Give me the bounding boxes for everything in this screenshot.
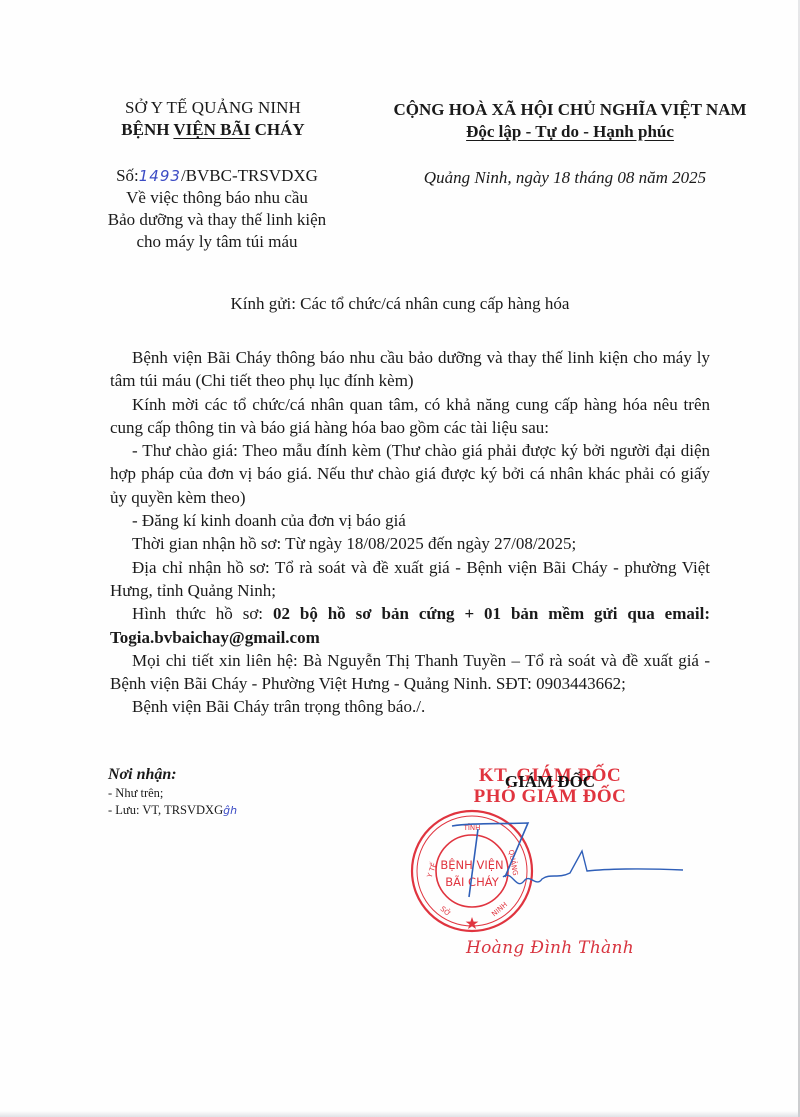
- subject-line: Bảo dưỡng và thay thế linh kiện: [98, 209, 336, 231]
- document-page: SỞ Y TẾ QUẢNG NINH BỆNH VIỆN BÃI CHÁY Số…: [0, 0, 800, 1117]
- body-paragraph: Bệnh viện Bãi Cháy trân trọng thông báo.…: [110, 695, 710, 718]
- body-paragraph: - Thư chào giá: Theo mẫu đính kèm (Thư c…: [110, 439, 710, 509]
- body-paragraph: Mọi chi tiết xin liên hệ: Bà Nguyễn Thị …: [110, 649, 710, 696]
- body-paragraph: Kính mời các tổ chức/cá nhân quan tâm, c…: [110, 393, 710, 440]
- reference-number: Số:1493/BVBC-TRSVDXG: [98, 165, 336, 187]
- signature-block: TỈNH Y TẾ QUẢNG SỞ NINH BỆNH VIỆN BÃI CH…: [400, 755, 700, 985]
- recipients-list: Nơi nhận: - Như trên; - Lưu: VT, TRSVDXG…: [108, 765, 368, 819]
- body-paragraph: Bệnh viện Bãi Cháy thông báo nhu cầu bảo…: [110, 346, 710, 393]
- handwritten-initials: ĝh: [223, 804, 237, 817]
- body-paragraph: Thời gian nhận hồ sơ: Từ ngày 18/08/2025…: [110, 532, 710, 555]
- national-title: CỘNG HOÀ XÃ HỘI CHỦ NGHĨA VIỆT NAM: [360, 99, 780, 121]
- signer-name: Hoàng Đình Thành: [400, 938, 700, 958]
- recipients-title: Nơi nhận:: [108, 765, 368, 785]
- body-paragraph: Hình thức hồ sơ: 02 bộ hồ sơ bản cứng + …: [110, 602, 710, 649]
- recipient-line: Kính gửi: Các tổ chức/cá nhân cung cấp h…: [0, 294, 800, 314]
- subject-line: Về việc thông báo nhu cầu: [98, 187, 336, 209]
- recipient-item: - Như trên;: [108, 785, 368, 802]
- national-motto: Độc lập - Tự do - Hạnh phúc: [360, 121, 780, 143]
- document-body: Bệnh viện Bãi Cháy thông báo nhu cầu bảo…: [110, 346, 710, 719]
- handwritten-signature-icon: [400, 793, 700, 943]
- parent-agency: SỞ Y TẾ QUẢNG NINH: [98, 97, 328, 119]
- document-reference: Số:1493/BVBC-TRSVDXG Về việc thông báo n…: [98, 165, 336, 253]
- scan-edge: [0, 1111, 800, 1117]
- issuing-unit: BỆNH VIỆN BÃI CHÁY: [98, 119, 328, 141]
- handwritten-number: 1493: [139, 167, 181, 185]
- date-line: Quảng Ninh, ngày 18 tháng 08 năm 2025: [360, 168, 770, 188]
- body-paragraph: - Đăng kí kinh doanh của đơn vị báo giá: [110, 509, 710, 532]
- body-paragraph: Địa chỉ nhận hồ sơ: Tổ rà soát và đề xuấ…: [110, 556, 710, 603]
- subject-line: cho máy ly tâm túi máu: [98, 231, 336, 253]
- issuing-agency-header: SỞ Y TẾ QUẢNG NINH BỆNH VIỆN BÃI CHÁY: [98, 97, 328, 141]
- national-header: CỘNG HOÀ XÃ HỘI CHỦ NGHĨA VIỆT NAM Độc l…: [360, 99, 780, 143]
- recipient-item: - Lưu: VT, TRSVDXGĝh: [108, 802, 368, 819]
